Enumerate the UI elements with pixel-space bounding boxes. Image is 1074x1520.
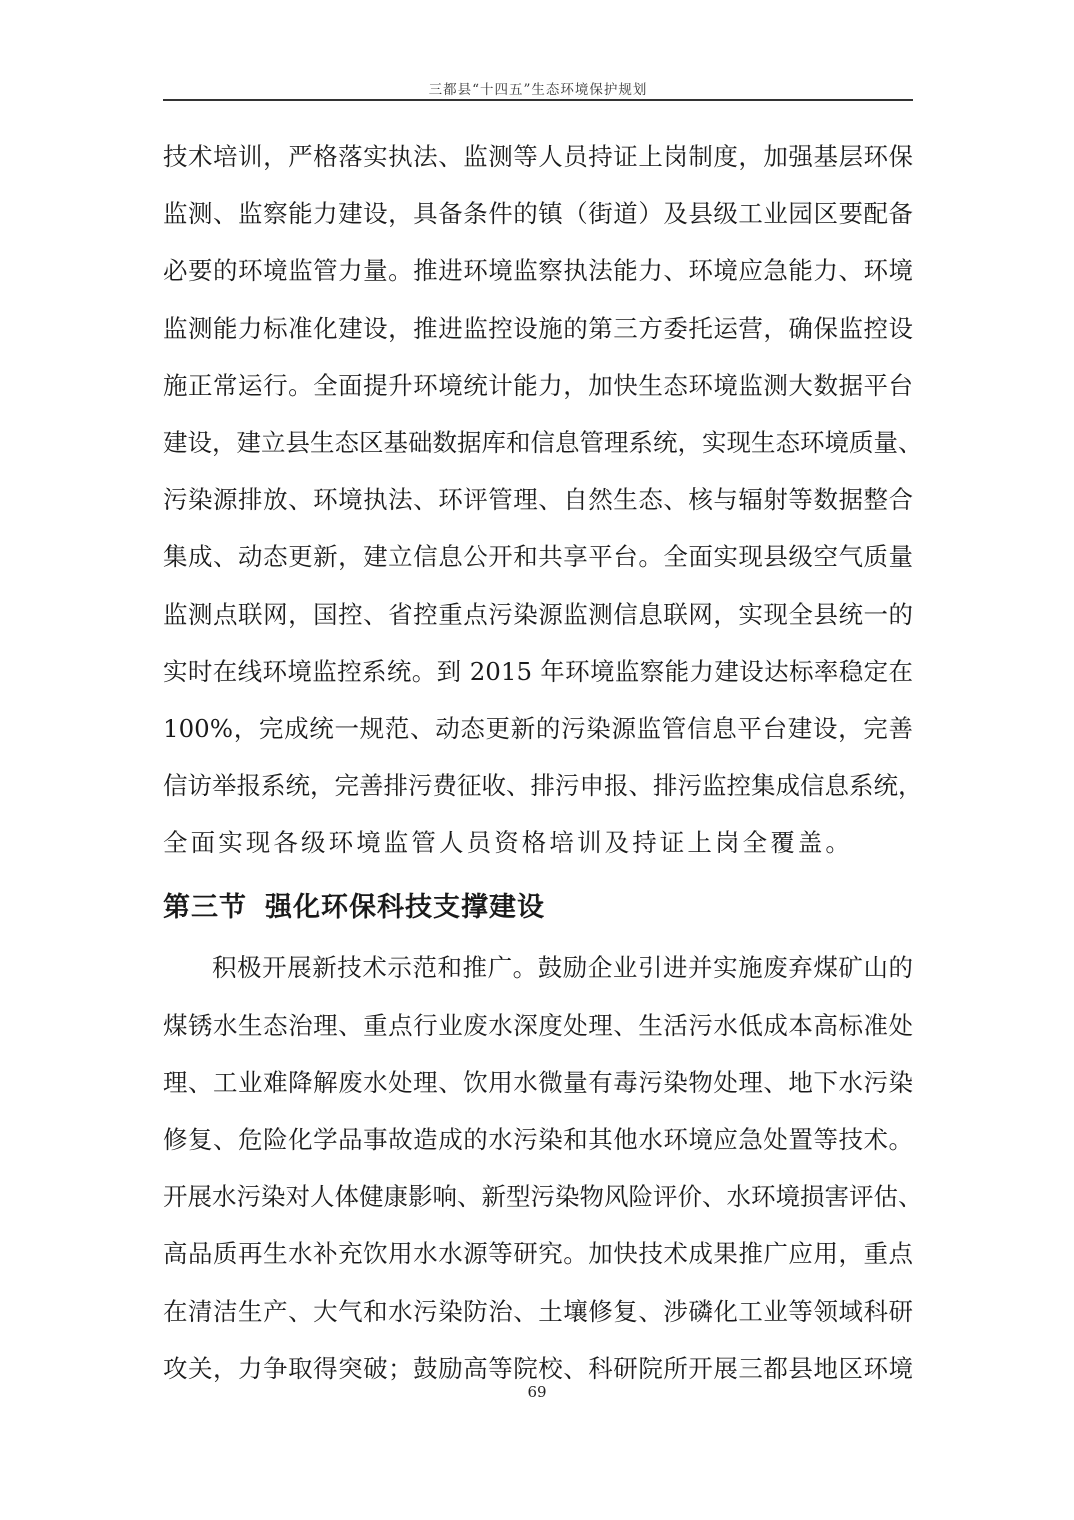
section-heading: 第三节强化环保科技支撑建设	[163, 877, 913, 939]
paragraph-tech-support: 积极开展新技术示范和推广。鼓励企业引进并实施废弃煤矿山的 煤锈水生态治理、重点行…	[163, 939, 913, 1397]
text-line: 技术培训，严格落实执法、监测等人员持证上岗制度，加强基层环保	[163, 128, 913, 185]
text-line: 建设，建立县生态区基础数据库和信息管理系统，实现生态环境质量、	[163, 414, 913, 471]
text-line: 监测、监察能力建设，具备条件的镇（街道）及县级工业园区要配备	[163, 185, 913, 242]
section-number: 第三节	[163, 892, 247, 923]
text-line: 开展水污染对人体健康影响、新型污染物风险评价、水环境损害评估、	[163, 1168, 913, 1225]
running-header: 三都县“十四五”生态环境保护规划	[163, 78, 913, 98]
paragraph-monitoring-capacity: 技术培训，严格落实执法、监测等人员持证上岗制度，加强基层环保 监测、监察能力建设…	[163, 128, 913, 871]
text-line: 积极开展新技术示范和推广。鼓励企业引进并实施废弃煤矿山的	[163, 939, 913, 996]
text-line: 全面实现各级环境监管人员资格培训及持证上岗全覆盖。	[163, 814, 913, 871]
text-line: 100%，完成统一规范、动态更新的污染源监管信息平台建设，完善	[163, 700, 913, 757]
page-number: 69	[0, 1383, 1074, 1401]
text-line: 必要的环境监管力量。推进环境监察执法能力、环境应急能力、环境	[163, 242, 913, 299]
text-line: 实时在线环境监控系统。到 2015 年环境监察能力建设达标率稳定在	[163, 643, 913, 700]
text-line: 煤锈水生态治理、重点行业废水深度处理、生活污水低成本高标准处	[163, 997, 913, 1054]
header-divider	[163, 99, 913, 101]
text-line: 修复、危险化学品事故造成的水污染和其他水环境应急处置等技术。	[163, 1111, 913, 1168]
page-body: 技术培训，严格落实执法、监测等人员持证上岗制度，加强基层环保 监测、监察能力建设…	[163, 128, 913, 1397]
text-line: 高品质再生水补充饮用水水源等研究。加快技术成果推广应用，重点	[163, 1225, 913, 1282]
text-line: 监测点联网，国控、省控重点污染源监测信息联网，实现全县统一的	[163, 586, 913, 643]
text-line: 在清洁生产、大气和水污染防治、土壤修复、涉磷化工业等领域科研	[163, 1283, 913, 1340]
text-line: 集成、动态更新，建立信息公开和共享平台。全面实现县级空气质量	[163, 528, 913, 585]
section-title: 强化环保科技支撑建设	[265, 892, 545, 923]
text-line: 理、工业难降解废水处理、饮用水微量有毒污染物处理、地下水污染	[163, 1054, 913, 1111]
text-line: 监测能力标准化建设，推进监控设施的第三方委托运营，确保监控设	[163, 300, 913, 357]
text-line: 信访举报系统，完善排污费征收、排污申报、排污监控集成信息系统，	[163, 757, 913, 814]
text-line: 污染源排放、环境执法、环评管理、自然生态、核与辐射等数据整合	[163, 471, 913, 528]
text-line: 施正常运行。全面提升环境统计能力，加快生态环境监测大数据平台	[163, 357, 913, 414]
